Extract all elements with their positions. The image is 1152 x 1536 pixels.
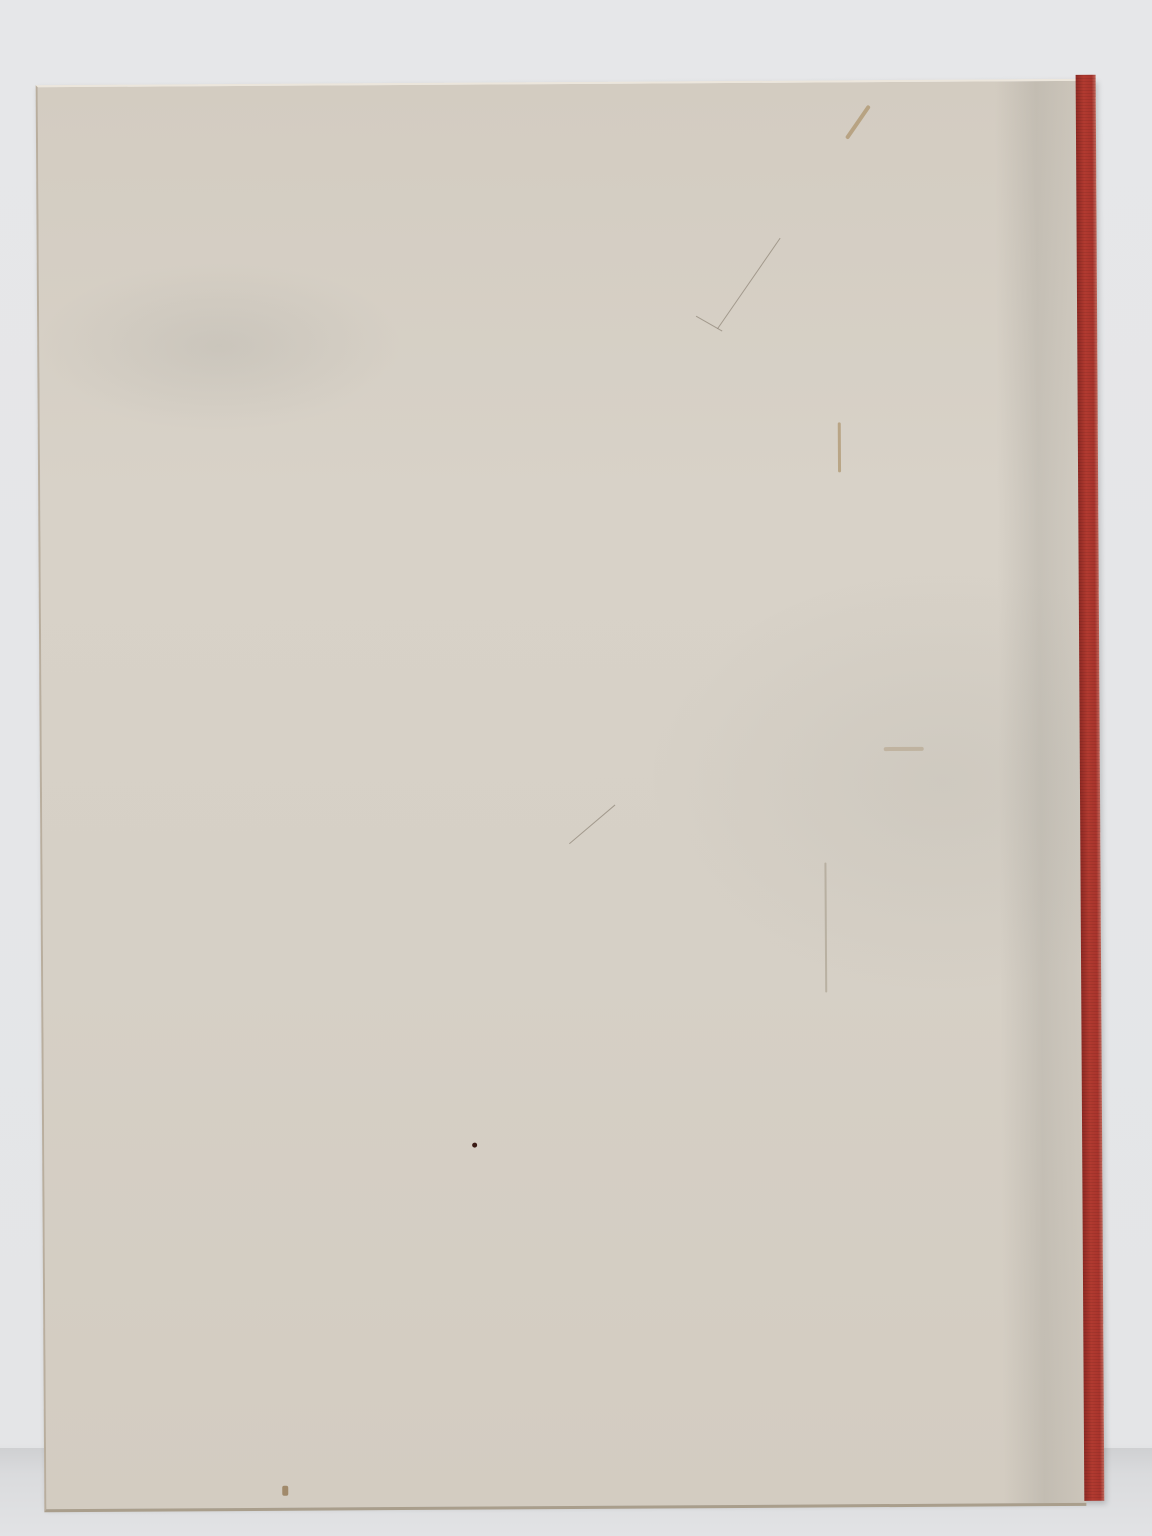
- stain-mark: [472, 1143, 477, 1148]
- scratch-mark: [569, 805, 615, 845]
- stain-mark: [824, 862, 827, 992]
- book-back-cover: [36, 79, 1087, 1512]
- stain-mark: [282, 1486, 288, 1496]
- book: [36, 79, 1105, 1507]
- scratch-mark: [717, 238, 780, 329]
- scratch-mark: [696, 316, 723, 332]
- stain-mark: [838, 422, 841, 472]
- stain-mark: [884, 747, 924, 751]
- stain-mark: [845, 105, 871, 140]
